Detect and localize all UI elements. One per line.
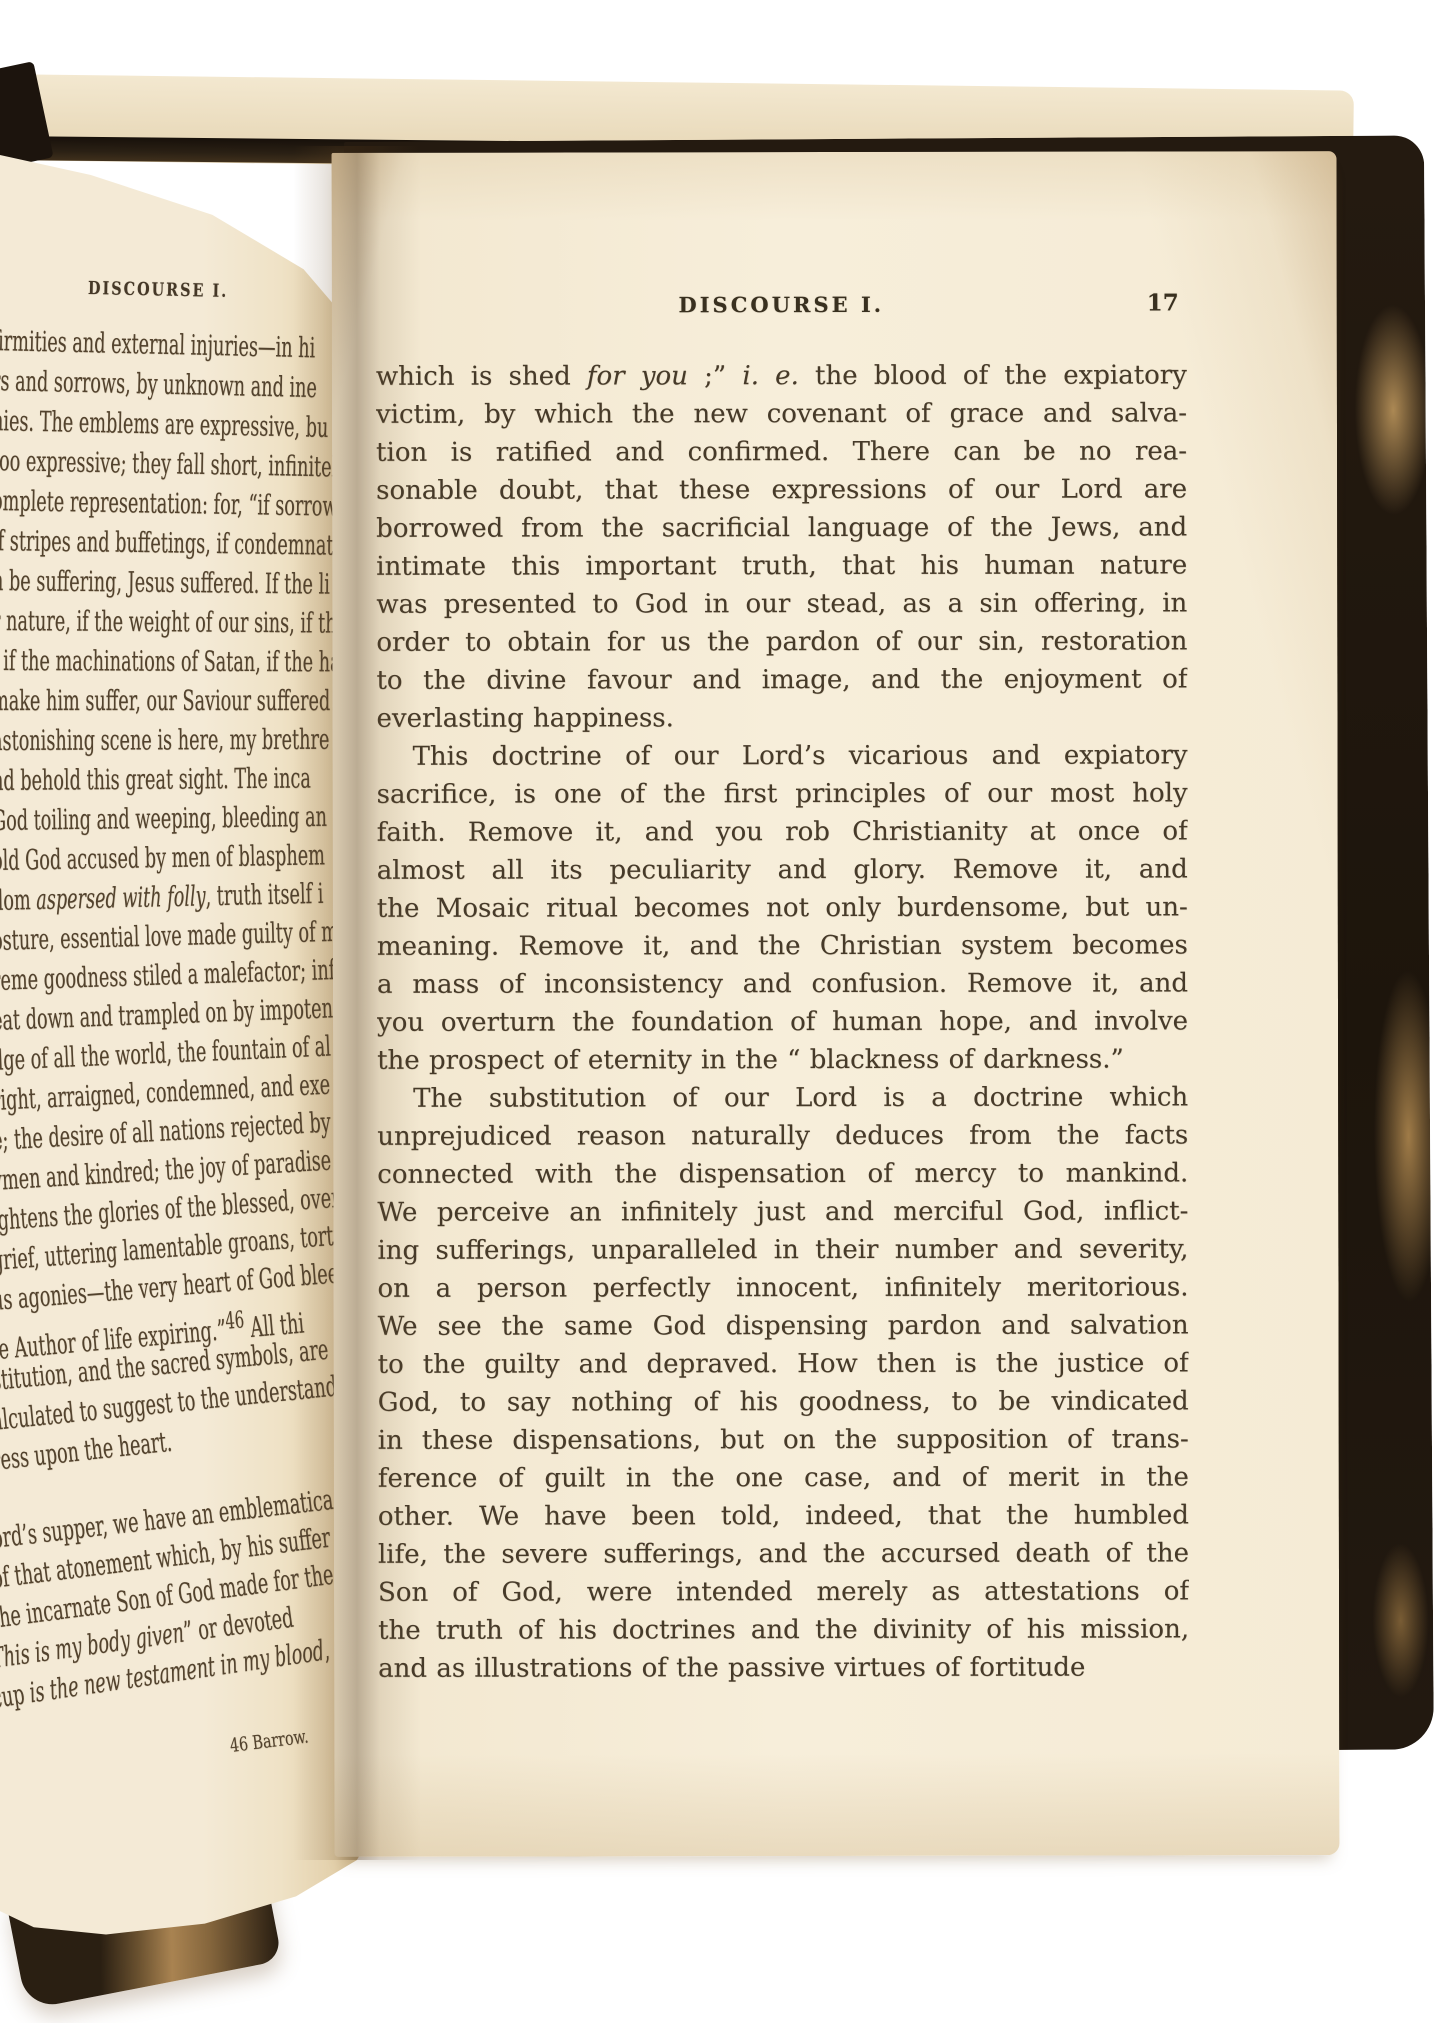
text-line: meaning. Remove it, and the Christian sy… xyxy=(377,926,1188,965)
text-line: everlasting happiness. xyxy=(376,698,1187,737)
text-line: old God accused by men of blasphem xyxy=(0,837,232,881)
text-line: God, to say nothing of his goodness, to … xyxy=(378,1382,1189,1421)
text-line: r nature, if the weight of our sins, if … xyxy=(0,601,232,643)
text-line: The substitution of our Lord is a doctri… xyxy=(377,1078,1188,1117)
text-line: ing sufferings, unparalleled in their nu… xyxy=(377,1230,1188,1269)
text-line: omplete representation: for, “if sorrow xyxy=(0,481,232,525)
text-line: God toiling and weeping, bleeding an xyxy=(0,798,232,841)
book-photo: DISCOURSE I. firmities and external inju… xyxy=(0,0,1445,2023)
text-line: victim, by which the new covenant of gra… xyxy=(376,394,1187,433)
text-line: n be suffering, Jesus suffered. If the l… xyxy=(0,561,232,604)
text-line: order to obtain for us the pardon of our… xyxy=(376,622,1187,661)
text-line: which is shed for you ;” i. e. the blood… xyxy=(376,356,1187,395)
text-line: almost all its peculiarity and glory. Re… xyxy=(377,850,1188,889)
text-line: the prospect of eternity in the “ blackn… xyxy=(377,1040,1188,1079)
text-line: you overturn the foundation of human hop… xyxy=(377,1002,1188,1041)
text-line: dom aspersed with folly, truth itself i xyxy=(0,876,232,921)
left-page-lines: firmities and external injuries—in hirs … xyxy=(0,321,372,1719)
text-line: on a person perfectly innocent, infinite… xyxy=(377,1268,1188,1307)
right-page: DISCOURSE I. 17 which is shed for you ;”… xyxy=(332,151,1340,1857)
text-line: nies. The emblems are expressive, bu xyxy=(0,401,232,446)
text-line: ference of guilt in the one case, and of… xyxy=(378,1458,1189,1497)
text-line: life, the severe sufferings, and the acc… xyxy=(378,1534,1189,1573)
text-line: tion is ratified and confirmed. There ca… xyxy=(376,432,1187,471)
text-line: rs and sorrows, by unknown and ine xyxy=(0,361,232,406)
right-running-header: DISCOURSE I. xyxy=(678,292,884,322)
text-line: other. We have been told, indeed, that t… xyxy=(378,1496,1189,1535)
text-line: make him suffer, our Saviour suffered!” xyxy=(0,681,231,721)
text-line: in these dispensations, but on the suppo… xyxy=(378,1420,1189,1459)
text-line: , if the machinations of Satan, if the h… xyxy=(0,641,231,682)
text-line: nd behold this great sight. The inca xyxy=(0,759,232,801)
right-page-paragraphs: which is shed for you ;” i. e. the blood… xyxy=(376,356,1189,1687)
left-page: DISCOURSE I. firmities and external inju… xyxy=(0,146,372,1958)
left-running-header: DISCOURSE I. xyxy=(88,278,316,304)
text-line: was presented to God in our stead, as a … xyxy=(376,584,1187,623)
left-page-footnote: 46 Barrow. xyxy=(229,1722,337,1757)
text-line: to the divine favour and image, and the … xyxy=(376,660,1187,699)
text-line: too expressive; they fall short, infinit… xyxy=(0,441,232,485)
text-line: and as illustrations of the passive virt… xyxy=(378,1648,1189,1687)
text-line: borrowed from the sacrificial language o… xyxy=(376,508,1187,547)
text-line: unprejudiced reason naturally deduces fr… xyxy=(377,1116,1188,1155)
text-line: faith. Remove it, and you rob Christiani… xyxy=(377,812,1188,851)
text-line: the Mosaic ritual becomes not only burde… xyxy=(377,888,1188,927)
text-line: a mass of inconsistency and confusion. R… xyxy=(377,964,1188,1003)
text-line: connected with the dispensation of mercy… xyxy=(377,1154,1188,1193)
text-line: sonable doubt, that these expressions of… xyxy=(376,470,1187,509)
text-line: if stripes and buffetings, if condemnati… xyxy=(0,521,232,564)
text-line: intimate this important truth, that his … xyxy=(376,546,1187,585)
text-line: sacrifice, is one of the first principle… xyxy=(377,774,1188,813)
right-header-row: DISCOURSE I. xyxy=(376,291,1187,322)
text-line: We perceive an infinitely just and merci… xyxy=(377,1192,1188,1231)
text-line: the truth of his doctrines and the divin… xyxy=(378,1610,1189,1649)
text-line: astonishing scene is here, my brethre xyxy=(0,720,231,761)
text-line: firmities and external injuries—in hi xyxy=(0,321,232,366)
page-number: 17 xyxy=(1147,289,1179,316)
left-page-surface: DISCOURSE I. firmities and external inju… xyxy=(0,146,372,1958)
text-line: to the guilty and depraved. How then is … xyxy=(378,1344,1189,1383)
text-line: We see the same God dispensing pardon an… xyxy=(378,1306,1189,1345)
text-line: This doctrine of our Lord’s vicarious an… xyxy=(377,736,1188,775)
text-line: Son of God, were intended merely as atte… xyxy=(378,1572,1189,1611)
